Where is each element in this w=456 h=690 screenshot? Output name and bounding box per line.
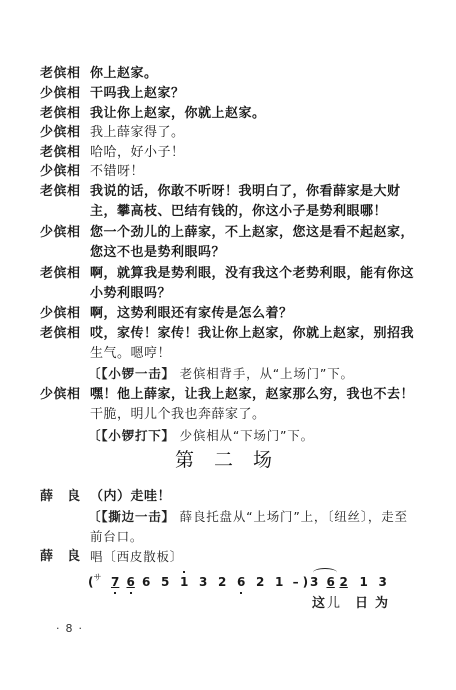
speech-line: 哎，家传！家传！我让你上赵家，你就上赵家，别招我 xyxy=(90,326,414,342)
note: 6 xyxy=(324,574,337,590)
speech-line: 不错呀！ xyxy=(90,164,144,180)
speaker-label: 老傧相 xyxy=(40,184,81,200)
speaker-label: 少傧相 xyxy=(40,306,81,322)
speech-line: 我说的话，你敢不听呀！我明白了，你看薛家是大财 xyxy=(90,184,401,200)
speech-line: 我让你上赵家，你就上赵家。 xyxy=(90,106,266,122)
speaker-label: 少傧相 xyxy=(40,86,81,102)
note: 3 xyxy=(373,574,392,590)
note: 3 xyxy=(194,574,213,590)
note: 2 xyxy=(251,574,270,590)
speech-line-continued: 小势利眼吗？ xyxy=(90,286,171,302)
scene-title: 第二场 xyxy=(175,448,292,472)
note: 2 xyxy=(337,574,350,590)
speaker-label: 老傧相 xyxy=(40,106,81,122)
speech-line-continued: 主，攀高枝、巴结有钱的，你这小子是势利眼哪！ xyxy=(90,204,387,220)
note: 6 xyxy=(125,574,137,590)
speech-line: 你上赵家。 xyxy=(90,66,158,82)
speech-line: 嘿！他上薛家，让我上赵家，赵家那么穷，我也不去！ xyxy=(90,387,414,403)
speech-line: 啊，这势利眼还有家传是怎么着？ xyxy=(90,306,293,322)
stage-direction: 〔【小锣一击】 老傧相背手，从“上场门”下。 xyxy=(88,366,354,382)
note: 6 xyxy=(137,574,156,590)
speaker-label: 老傧相 xyxy=(40,145,81,161)
speech-line: 您一个劲儿的上薛家，不上赵家，您这是看不起赵家， xyxy=(90,225,414,241)
speaker-label: 少傧相 xyxy=(40,164,81,180)
speech-line: 干吗我上赵家？ xyxy=(90,86,185,102)
note: 1 xyxy=(354,574,373,590)
stage-direction-continued: 前台口。 xyxy=(90,529,143,545)
stage-direction-text: 老傧相背手，从“上场门”下。 xyxy=(180,366,354,381)
speaker-label: 少傧相 xyxy=(40,225,81,241)
speech-line: （内）走哇！ xyxy=(90,489,171,505)
note: 5 xyxy=(156,574,175,590)
speech-line-continued: 生气。嗯哼！ xyxy=(90,346,171,362)
note: 1 xyxy=(175,574,194,590)
free-meter-mark: サ xyxy=(93,573,101,582)
speaker-label: 老傧相 xyxy=(40,66,81,82)
note-hold: – xyxy=(289,574,303,590)
note: 7 xyxy=(106,574,125,590)
note: 1 xyxy=(270,574,289,590)
note: 3 xyxy=(308,574,320,590)
percussion-cue: 〔【撕边一击】 xyxy=(88,509,175,524)
lyric: 为 xyxy=(375,596,392,612)
percussion-cue: 〔【小锣一击】 xyxy=(88,366,175,381)
lyric: 儿 xyxy=(327,596,344,612)
book-page: 老傧相 你上赵家。 少傧相 干吗我上赵家？ 老傧相 我让你上赵家，你就上赵家。 … xyxy=(0,0,456,690)
stage-direction: 〔【小锣打下】 少傧相从“下场门”下。 xyxy=(88,428,314,444)
jianpu-notation: (サ 7665132621–)36213 xyxy=(88,574,392,592)
speech-line-continued: 您这不也是势利眼吗？ xyxy=(90,245,225,261)
stage-direction-text: 薛良托盘从“上场门”上，〔纽丝〕，走至 xyxy=(180,509,408,524)
page-number: ·8· xyxy=(56,622,88,636)
speaker-label: 薛良 xyxy=(40,549,94,565)
speech-line: 啊，就算我是势利眼，没有我这个老势利眼，能有你这 xyxy=(90,266,414,282)
percussion-cue: 〔【小锣打下】 xyxy=(88,428,175,443)
speaker-label: 少傧相 xyxy=(40,125,81,141)
speaker-label: 老傧相 xyxy=(40,266,81,282)
lyric: 日 xyxy=(355,596,372,612)
note: 6 xyxy=(232,574,251,590)
aria-indication: 唱〔西皮散板〕 xyxy=(90,549,183,565)
note: 2 xyxy=(213,574,232,590)
stage-direction-text: 少傧相从“下场门”下。 xyxy=(180,428,314,443)
speech-line: 哈哈，好小子！ xyxy=(90,145,185,161)
speech-line-continued: 干脆，明儿个我也奔薛家了。 xyxy=(90,407,266,423)
speaker-label: 薛良 xyxy=(40,489,94,505)
speech-line: 我上薛家得了。 xyxy=(90,125,185,141)
stage-direction: 〔【撕边一击】 薛良托盘从“上场门”上，〔纽丝〕，走至 xyxy=(88,509,408,525)
speaker-label: 老傧相 xyxy=(40,326,81,342)
speaker-label: 少傧相 xyxy=(40,387,81,403)
